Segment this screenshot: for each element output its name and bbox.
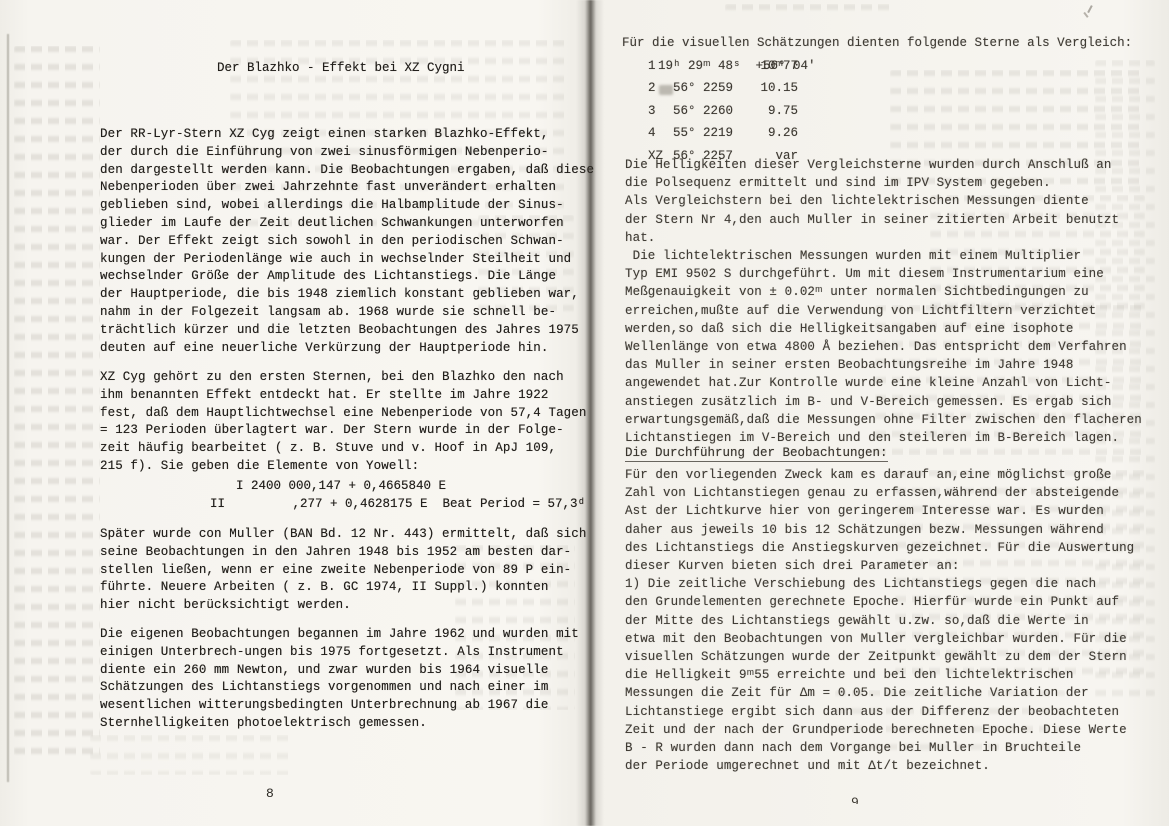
text-line: angewendet hat.Zur Kontrolle wurde eine …	[625, 374, 1165, 392]
star-magnitude: 10.15	[742, 81, 798, 95]
text-line: der Mitte des Lichtanstiegs gewählt u.zw…	[625, 612, 1165, 630]
text-line: anstiegen zusätzlich im B- und V-Bereich…	[625, 393, 1165, 411]
text-line: XZ Cyg gehört zu den ersten Sternen, bei…	[100, 369, 590, 387]
section-heading-durchfuehrung: Die Durchführung der Beobachtungen:	[625, 446, 888, 462]
text-line: Die eigenen Beobachtungen begannen im Ja…	[100, 626, 590, 644]
text-line: Später wurde con Muller (BAN Bd. 12 Nr. …	[100, 526, 590, 544]
text-line: zeit häufig bearbeitet ( z. B. Stuve und…	[100, 440, 590, 458]
star-magnitude: 9.75	[742, 104, 798, 118]
formula-element-2: II ,277 + 0,4628175 E Beat Period = 57,3…	[210, 497, 585, 511]
text-line: Ast der Lichtkurve hier von geringerem I…	[625, 502, 1165, 520]
text-line: Meßgenauigkeit von ± 0.02ᵐ unter normale…	[625, 283, 1165, 301]
text-line: wesentlichen witterungsbedingten Unterbr…	[100, 697, 590, 715]
text-line: fest, daß dem Hauptlichtwechsel eine Neb…	[100, 405, 590, 423]
book-gutter-shadow	[576, 0, 604, 826]
text-line: trächtlich kürzer und die letzten Beobac…	[100, 322, 590, 340]
text-line: Die Helligkeiten dieser Vergleichsterne …	[625, 156, 1165, 174]
text-line: die Polsequenz ermittelt und sind im IPV…	[625, 174, 1165, 192]
star-coordinate: 55° 2219	[658, 126, 733, 140]
comparison-stars-intro: Für die visuellen Schätzungen dienten fo…	[622, 36, 1132, 50]
text-line: 215 f). Sie geben die Elemente von Yowel…	[100, 458, 590, 476]
star-magnitude: 9.26	[742, 126, 798, 140]
text-line: ihm benannten Effekt entdeckt hat. Er st…	[100, 387, 590, 405]
paragraph-method: Für den vorliegenden Zweck kam es darauf…	[625, 466, 1165, 775]
text-line: nahm in der Folgezeit langsam ab. 1968 w…	[100, 304, 590, 322]
text-line: Sternhelligkeiten photoelektrisch gemess…	[100, 715, 590, 733]
text-line: den Grundelementen gerechnete Epoche. Hi…	[625, 593, 1165, 611]
text-line: der Stern Nr 4,den auch Muller in seiner…	[625, 211, 1165, 229]
right-page-number: 9	[851, 795, 859, 804]
text-line: die Helligkeit 9ᵐ55 erreichte und bei de…	[625, 666, 1165, 684]
paragraph-photometry: Die Helligkeiten dieser Vergleichsterne …	[625, 156, 1165, 447]
text-line: stellen ließen, wenn er eine zweite Nebe…	[100, 562, 590, 580]
text-line: hat.	[625, 229, 1165, 247]
text-line: einigen Unterbrech-ungen bis 1975 fortge…	[100, 644, 590, 662]
bleedthrough-text-ghost	[90, 735, 290, 775]
text-line: Nebenperioden über zwei Jahrzehnte fast …	[100, 179, 590, 197]
formula-element-1: I 2400 000,147 + 0,4665840 E	[236, 479, 446, 493]
paragraph-intro-blazhko: Der RR-Lyr-Stern XZ Cyg zeigt einen star…	[100, 126, 590, 357]
text-line: Typ EMI 9502 S durchgeführt. Um mit dies…	[625, 265, 1165, 283]
text-line: hier nicht berücksichtigt werden.	[100, 597, 590, 615]
text-line: Der RR-Lyr-Stern XZ Cyg zeigt einen star…	[100, 126, 590, 144]
ink-smudge	[659, 85, 673, 95]
paragraph-history: XZ Cyg gehört zu den ersten Sternen, bei…	[100, 369, 590, 476]
text-line: wechselnder Größe der Amplitude des Lich…	[100, 268, 590, 286]
text-line: daher aus jeweils 10 bis 12 Schätzungen …	[625, 521, 1165, 539]
text-line: visuellen Schätzungen wurde der Zeitpunk…	[625, 648, 1165, 666]
text-line: Die lichtelektrischen Messungen wurden m…	[625, 247, 1165, 265]
bleedthrough-text-ghost	[14, 46, 100, 766]
star-coordinate: 56° 2260	[658, 104, 733, 118]
right-page-number-partial: 9	[851, 795, 859, 804]
text-line: Wellenlänge von etwa 4800 Å beziehen. Da…	[625, 338, 1165, 356]
text-line: werden,so daß sich die Helligkeitsangabe…	[625, 320, 1165, 338]
left-page-number: 8	[266, 786, 274, 801]
paragraph-own-observations: Die eigenen Beobachtungen begannen im Ja…	[100, 626, 590, 733]
text-line: Zeit und der nach der Grundperiode berec…	[625, 721, 1165, 739]
scanned-document-spread: Der Blazhko - Effekt bei XZ Cygni Der RR…	[0, 0, 1169, 826]
text-line: diente ein 260 mm Newton, und zwar wurde…	[100, 662, 590, 680]
text-line: seine Beobachtungen in den Jahren 1948 b…	[100, 544, 590, 562]
text-line: Schätzungen des Lichtanstiegs vorgenomme…	[100, 679, 590, 697]
text-line: erwartungsgemäß,daß die Messungen ohne F…	[625, 411, 1165, 429]
text-line: des Lichtanstiegs die Anstiegskurven gez…	[625, 539, 1165, 557]
text-line: Lichtanstiegen im V-Bereich und den stei…	[625, 429, 1165, 447]
text-line: der durch die Einführung von zwei sinusf…	[100, 144, 590, 162]
text-line: dieser Kurven bieten sich drei Parameter…	[625, 557, 1165, 575]
star-magnitude: 10ᵐ77	[742, 59, 798, 73]
text-line: deuten auf eine neuerliche Verkürzung de…	[100, 340, 590, 358]
text-line: etwa mit den Beobachtungen von Muller ve…	[625, 630, 1165, 648]
scan-edge-line	[7, 34, 9, 782]
text-line: war. Der Effekt zeigt sich sowohl in den…	[100, 233, 590, 251]
text-line: = 123 Perioden überlagtert war. Der Ster…	[100, 422, 590, 440]
text-line: der Periode umgerechnet und mit Δt/t bez…	[625, 757, 1165, 775]
text-line: Für den vorliegenden Zweck kam es darauf…	[625, 466, 1165, 484]
text-line: B - R wurden dann nach dem Vorgange bei …	[625, 739, 1165, 757]
text-line: führte. Neuere Arbeiten ( z. B. GC 1974,…	[100, 579, 590, 597]
text-line: glieder im Laufe der Zeit deutlichen Sch…	[100, 215, 590, 233]
text-line: 1) Die zeitliche Verschiebung des Lichta…	[625, 575, 1165, 593]
text-line: kungen der Periodenlänge wie auch in wec…	[100, 251, 590, 269]
text-line: Zahl von Lichtanstiegen genau zu erfasse…	[625, 484, 1165, 502]
text-line: geblieben sind, wobei allerdings die Hal…	[100, 197, 590, 215]
text-line: der Hauptperiode, die bis 1948 ziemlich …	[100, 286, 590, 304]
text-line: den dargestellt werden kann. Die Beobach…	[100, 162, 590, 180]
text-line: Als Vergleichstern bei den lichtelektris…	[625, 192, 1165, 210]
page-title: Der Blazhko - Effekt bei XZ Cygni	[217, 61, 465, 75]
corner-smudge-mark	[1084, 5, 1096, 18]
paragraph-muller: Später wurde con Muller (BAN Bd. 12 Nr. …	[100, 526, 590, 615]
text-line: das Muller in seiner ersten Beobachtungs…	[625, 356, 1165, 374]
bleedthrough-text-ghost	[725, 4, 895, 22]
text-line: Lichtanstiege ergibt sich dann aus der D…	[625, 703, 1165, 721]
text-line: erreichen,mußte auf die Verwendung von L…	[625, 302, 1165, 320]
text-line: Messungen die Zeit für Δm = 0.05. Die ze…	[625, 684, 1165, 702]
